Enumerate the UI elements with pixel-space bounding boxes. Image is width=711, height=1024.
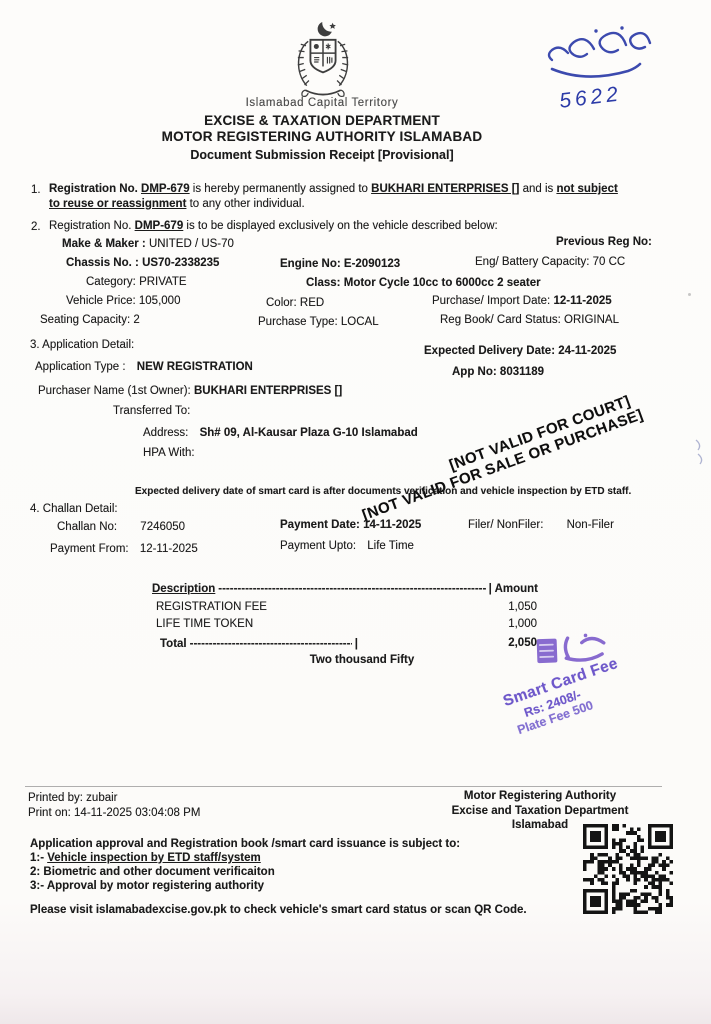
terms-intro: Application approval and Registration bo… [30, 837, 460, 851]
clause1-seg3: and is [519, 183, 556, 195]
application-type-value: NEW REGISTRATION [137, 361, 253, 373]
payment-upto-value: Life Time [367, 540, 414, 552]
delivery-date-field: Expected Delivery Date: 24-11-2025 [424, 345, 616, 357]
clause1-seg5: to any other individual. [186, 198, 304, 210]
dash-leader: ----------------------------------------… [190, 638, 352, 650]
fee-row-amount: 1,050 [457, 601, 537, 613]
address-label: Address: [143, 427, 188, 439]
payment-date-value: 14-11-2025 [363, 519, 421, 531]
delivery-date-label: Expected Delivery Date: [424, 345, 555, 357]
make-maker-value: UNITED / US-70 [149, 238, 234, 250]
app-no-field: App No: 8031189 [452, 366, 544, 378]
clause2-seg2: is to be displayed exclusively on the ve… [183, 220, 498, 232]
authority-title: MOTOR REGISTERING AUTHORITY ISLAMABAD [97, 129, 547, 144]
clause1-owner: BUKHARI ENTERPRISES [] [371, 183, 519, 195]
previous-reg-label: Previous Reg No: [556, 236, 652, 248]
purchaser-value: BUKHARI ENTERPRISES [] [194, 385, 342, 397]
payment-date-label: Payment Date: [280, 519, 360, 531]
clause1-seg4b: to reuse or reassignment [49, 198, 186, 210]
payment-upto-field: Payment Upto: Life Time [280, 540, 414, 552]
color-label: Color: [266, 297, 297, 309]
terms-item2: 2: Biometric and other document verifica… [30, 865, 275, 879]
handwritten-signature [537, 22, 659, 88]
fee-total-row: Total ----------------------------------… [160, 638, 358, 650]
color-field: Color: RED [266, 297, 324, 309]
terms-item1-prefix: 1:- [30, 852, 47, 864]
application-type-field: Application Type : NEW REGISTRATION [35, 361, 253, 373]
department-title: EXCISE & TAXATION DEPARTMENT [97, 113, 547, 128]
clause1-seg1: Registration No. [49, 183, 141, 195]
chassis-value: US70-2338235 [142, 257, 219, 269]
clause2-reg-no: DMP-679 [135, 220, 184, 232]
payment-upto-label: Payment Upto: [280, 540, 356, 552]
footer-authority-line2: Excise and Taxation Department [412, 804, 668, 819]
battery-value: 70 CC [593, 256, 626, 268]
chassis-field: Chassis No. : US70-2338235 [66, 257, 219, 269]
battery-label: Eng/ Battery Capacity: [475, 256, 589, 268]
address-value: Sh# 09, Al-Kausar Plaza G-10 Islamabad [200, 427, 418, 439]
make-maker-field: Make & Maker : UNITED / US-70 [62, 238, 234, 250]
payment-from-value: 12-11-2025 [140, 543, 198, 555]
class-label: Class: [306, 277, 341, 289]
purchaser-label: Purchaser Name (1st Owner): [38, 385, 191, 397]
challan-no-label: Challan No: [57, 521, 117, 533]
engine-label: Engine No: [280, 258, 341, 270]
reg-book-value: ORIGINAL [564, 314, 619, 326]
clause2-number: 2. [31, 221, 41, 233]
seating-field: Seating Capacity: 2 [40, 314, 140, 326]
engine-value: E-2090123 [344, 258, 400, 270]
application-type-label: Application Type : [35, 361, 126, 373]
category-value: PRIVATE [139, 276, 187, 288]
clause1-reg-no: DMP-679 [141, 183, 190, 195]
filer-value: Non-Filer [567, 519, 614, 531]
fee-row-description: REGISTRATION FEE [156, 601, 267, 613]
terms-item1: 1:- Vehicle inspection by ETD staff/syst… [30, 851, 261, 865]
qr-code [583, 824, 673, 914]
price-field: Vehicle Price: 105,000 [66, 295, 180, 307]
category-label: Category: [86, 276, 136, 288]
battery-field: Eng/ Battery Capacity: 70 CC [475, 256, 625, 268]
address-field: Address: Sh# 09, Al-Kausar Plaza G-10 Is… [143, 427, 418, 439]
class-value: Motor Cycle 10cc to 6000cc 2 seater [344, 277, 541, 289]
scan-mark [688, 293, 691, 296]
filer-field: Filer/ NonFiler: Non-Filer [468, 519, 614, 531]
payment-date-field: Payment Date: 14-11-2025 [280, 519, 421, 531]
clause2-text: Registration No. DMP-679 is to be displa… [49, 220, 498, 232]
make-maker-label: Make & Maker : [62, 238, 146, 250]
footer-divider [25, 786, 662, 787]
fee-total-bar: | [355, 638, 358, 650]
seating-label: Seating Capacity: [40, 314, 130, 326]
category-field: Category: PRIVATE [86, 276, 187, 288]
challan-no-value: 7246050 [140, 521, 185, 533]
transferred-to-label: Transferred To: [113, 405, 190, 417]
pakistan-emblem-icon [286, 20, 360, 104]
reg-book-label: Reg Book/ Card Status: [440, 314, 561, 326]
territory-title: Islamabad Capital Territory [172, 97, 472, 109]
purchase-type-field: Purchase Type: LOCAL [258, 316, 379, 328]
chassis-label: Chassis No. : [66, 257, 139, 269]
clause1-number: 1. [31, 184, 41, 196]
clause2-seg1: Registration No. [49, 220, 135, 232]
payment-from-label: Payment From: [50, 543, 129, 555]
print-on: Print on: 14-11-2025 03:04:08 PM [28, 807, 200, 819]
purchase-type-label: Purchase Type: [258, 316, 338, 328]
footer-authority-line1: Motor Registering Authority [412, 789, 668, 804]
reg-book-field: Reg Book/ Card Status: ORIGINAL [440, 314, 619, 326]
fee-total-amount: 2,050 [457, 637, 537, 649]
watermark-not-valid-sale: [NOT VALID FOR SALE OR PURCHASE] [360, 406, 645, 524]
purchase-date-label: Purchase/ Import Date: [432, 295, 550, 307]
fee-total-label: Total [160, 638, 187, 650]
purchase-type-value: LOCAL [341, 316, 379, 328]
price-label: Vehicle Price: [66, 295, 136, 307]
terms-item1-text: Vehicle inspection by ETD staff/system [47, 852, 260, 864]
amount-in-words: Two thousand Fifty [262, 654, 462, 666]
delivery-note: Expected delivery date of smart card is … [135, 486, 631, 497]
seating-value: 2 [133, 314, 139, 326]
delivery-date-value: 24-11-2025 [558, 345, 616, 357]
application-section-title: 3. Application Detail: [30, 339, 134, 351]
app-no-value: 8031189 [500, 366, 544, 378]
scan-mark [692, 436, 706, 466]
printed-by: Printed by: zubair [28, 792, 118, 804]
fee-table-header: Description ----------------------------… [152, 583, 538, 595]
challan-section-title: 4. Challan Detail: [30, 503, 118, 515]
visit-note: Please visit islamabadexcise.gov.pk to c… [30, 903, 527, 917]
filer-label: Filer/ NonFiler: [468, 519, 543, 531]
clause1-text: Registration No. DMP-679 is hereby perma… [49, 182, 673, 212]
purchase-date-value: 12-11-2025 [553, 295, 611, 307]
purchase-date-field: Purchase/ Import Date: 12-11-2025 [432, 295, 612, 307]
engine-field: Engine No: E-2090123 [280, 258, 400, 270]
clause1-seg4a: not subject [556, 183, 617, 195]
hpa-label: HPA With: [143, 447, 195, 459]
payment-from-field: Payment From: 12-11-2025 [50, 543, 198, 555]
terms-item3: 3:- Approval by motor registering author… [30, 879, 264, 893]
fee-row-amount: 1,000 [457, 618, 537, 630]
fee-description-header: Description [152, 583, 215, 595]
class-field: Class: Motor Cycle 10cc to 6000cc 2 seat… [306, 277, 541, 289]
price-value: 105,000 [139, 295, 181, 307]
challan-no-field: Challan No: 7246050 [57, 521, 185, 533]
purchaser-field: Purchaser Name (1st Owner): BUKHARI ENTE… [38, 385, 342, 397]
app-no-label: App No: [452, 366, 497, 378]
document-page: 5622 Islamabad Capital Territory EXCISE … [0, 0, 711, 1024]
fee-row-description: LIFE TIME TOKEN [156, 618, 253, 630]
dash-leader: ----------------------------------------… [218, 583, 485, 595]
fee-amount-header: | Amount [489, 583, 538, 595]
receipt-title: Document Submission Receipt [Provisional… [97, 148, 547, 162]
clause1-seg2: is hereby permanently assigned to [190, 183, 372, 195]
color-value: RED [300, 297, 324, 309]
